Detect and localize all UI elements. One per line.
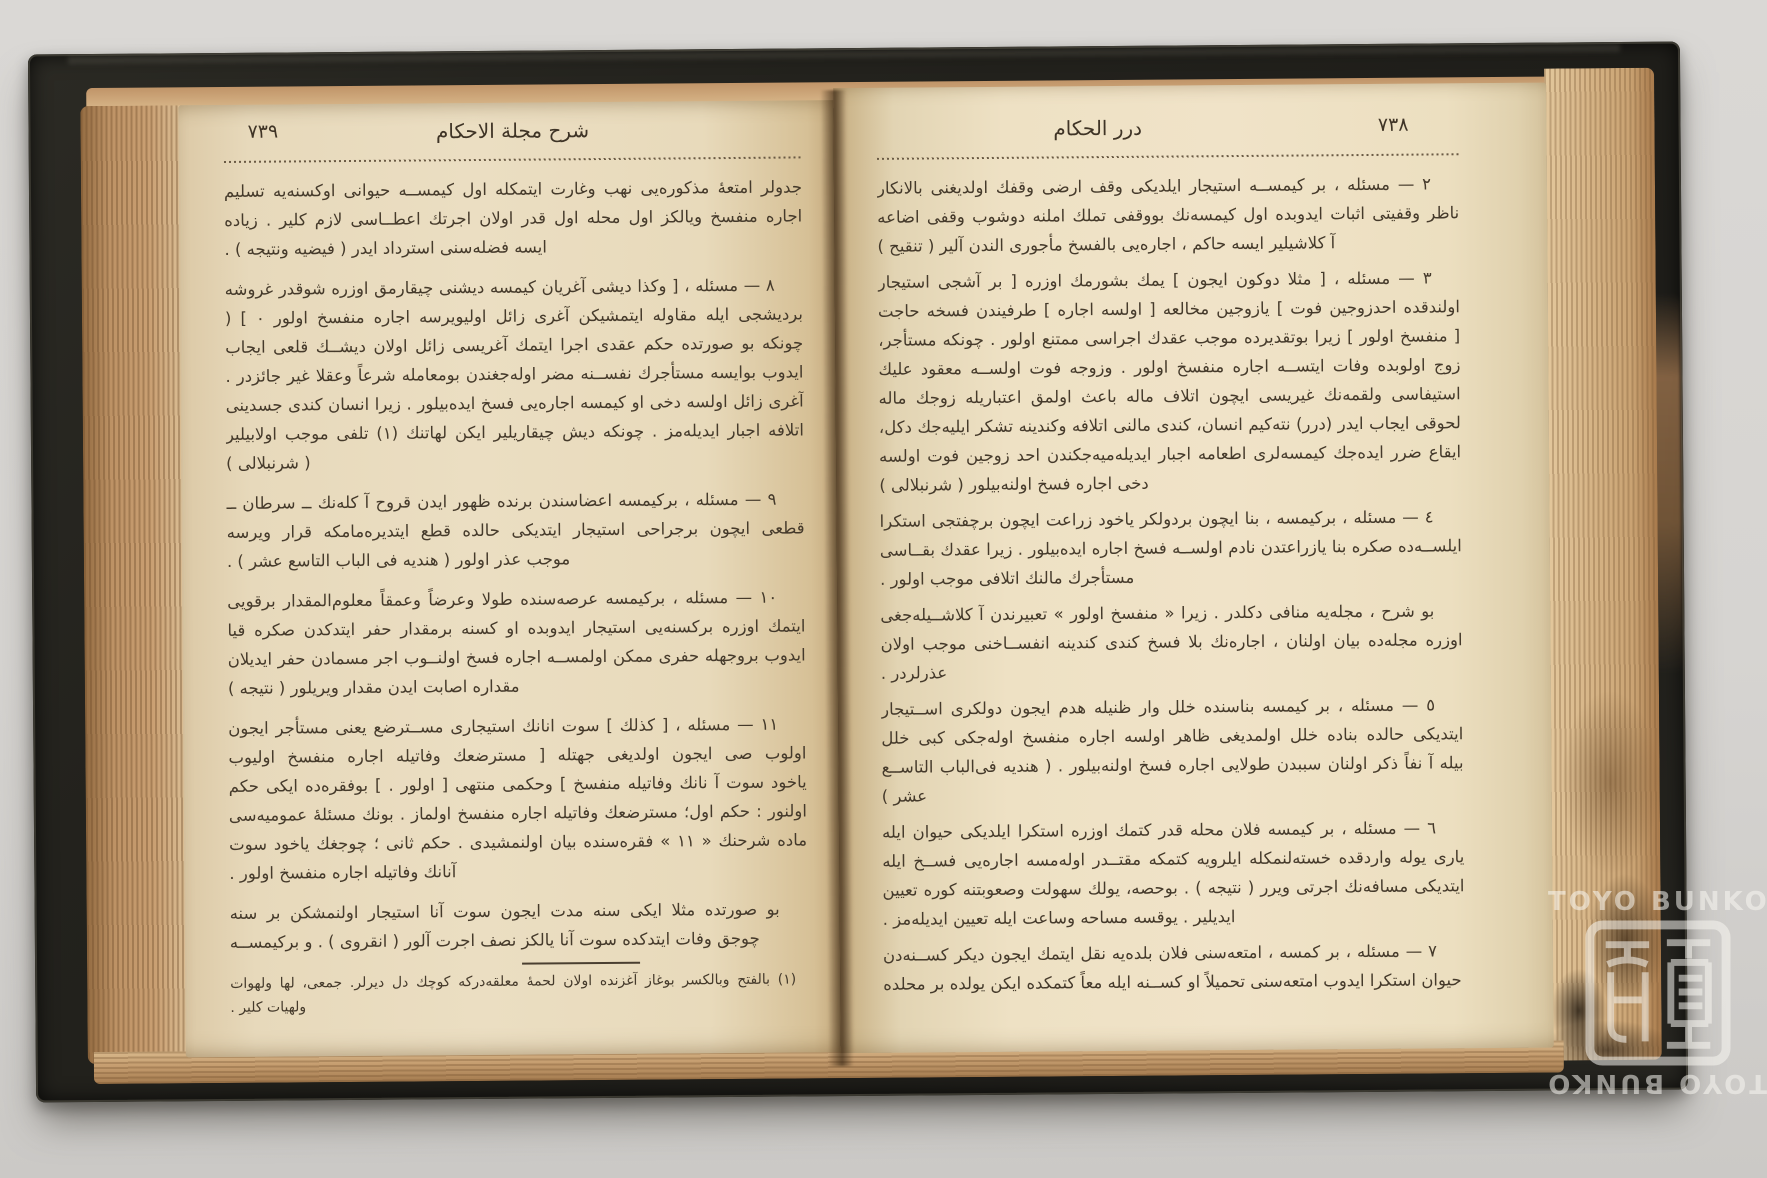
left-page: ٧٣٩ شرح مجلة الاحكام جدولر امتعهٔ مذكوره…: [178, 100, 840, 1057]
text-line: عشر ): [882, 777, 1464, 811]
text-line: چوجق وفات ايتدكده سوت آنا يالكز نصف اجرت…: [230, 923, 808, 957]
text-line: دخى اجاره فسخ اولنه‌بيلور ( شرنبلالى ): [879, 466, 1461, 500]
text-line: ١١ — مسئله ، [ كذلك ] سوت انانك استيجارى…: [228, 709, 806, 743]
footnote-rule: [522, 962, 640, 965]
text-line: ايتمك اوزره بركسنه‌يى استيجار ايدوبده او…: [227, 611, 805, 645]
text-line: ٧ — مسئله ، بر كمسه ، امتعه‌سنى فلان بلد…: [883, 936, 1465, 970]
text-line: اوزره مجله‌ده بيان اولنان ، اجاره‌نك بلا…: [880, 625, 1462, 659]
text-line: مستأجرك مالنك اتلافى موجب اولور .: [880, 560, 1462, 594]
paragraph: ٧ — مسئله ، بر كمسه ، امتعه‌سنى فلان بلد…: [883, 936, 1465, 999]
text-line: اولنور : حكم اول؛ مسترضعك وفاتيله اجاره …: [229, 796, 807, 830]
text-line: ياخود سوت آ نانك وفاتيله منفسخ ] وحكمى م…: [229, 767, 807, 801]
left-page-textblock: ٧٣٩ شرح مجلة الاحكام جدولر امتعهٔ مذكوره…: [223, 116, 808, 1020]
text-line: موجب عذر اولور ( هنديه فى الباب التاسع ع…: [227, 542, 805, 576]
text-line: (١) بالفتح وبالكسر بوغاز آغزنده اولان لح…: [230, 967, 808, 996]
paragraph: ٢ — مسئله ، بر كيمســه استيجار ايلديكى و…: [877, 169, 1460, 261]
left-page-footnote: (١) بالفتح وبالكسر بوغاز آغزنده اولان لح…: [230, 960, 808, 1020]
text-line: قطعى ايچون برجراحى استيجار ايتديكى حالده…: [227, 513, 805, 547]
right-page-title: درر الحكام: [1053, 116, 1142, 141]
text-line: اولندقده احدزوجين فوت ] يازوجين مخالعه […: [878, 292, 1460, 326]
paragraph: بو صورتده مثلا ايكى سنه مدت ايجون سوت آن…: [230, 894, 808, 957]
left-page-number: ٧٣٩: [247, 121, 278, 143]
right-page-textblock: درر الحكام ٧٣٨ ٢ — مسئله ، بر كيمســه اس…: [876, 113, 1465, 999]
text-line: اجاره منفسخ ويالكز اول محله اول قدر اولا…: [224, 201, 802, 235]
right-page-header: درر الحكام ٧٣٨: [876, 113, 1458, 152]
text-line: ايتديكى حالده بناده خلل اولمديغى ظاهر او…: [881, 719, 1463, 753]
text-line: ٣ — مسئله ، [ مثلا دوكون ايجون ] يمك بشو…: [878, 263, 1460, 297]
photo-background: ٧٣٩ شرح مجلة الاحكام جدولر امتعهٔ مذكوره…: [0, 0, 1767, 1178]
left-page-title: شرح مجلة الاحكام: [436, 118, 589, 143]
paragraph: ٦ — مسئله ، بر كيمسه فلان محله قدر كتمك …: [882, 813, 1465, 934]
page-stack-fore-edge: [1544, 68, 1662, 1061]
text-line: ايسه فضله‌سنى استرداد ايدر ( فيضيه ونتيج…: [224, 230, 802, 264]
text-line: بو صورتده مثلا ايكى سنه مدت ايجون سوت آن…: [230, 894, 808, 928]
paragraph: ١١ — مسئله ، [ كذلك ] سوت انانك استيجارى…: [228, 709, 807, 888]
text-line: برديشجى ايله مقاوله ايتمشيكن آغرى زائل ا…: [225, 299, 803, 333]
text-line: مقداره اصابت ايدن مقدار ويريلور ( نتيجه …: [228, 669, 806, 703]
text-line: ايدوب بروجهله حفرى ممكن اولمســه اجاره ف…: [228, 640, 806, 674]
right-page-body: ٢ — مسئله ، بر كيمســه استيجار ايلديكى و…: [877, 169, 1465, 999]
text-line: ناظر وقفيتى اثبات ايدوبده اول كيمسه‌نك ب…: [877, 198, 1459, 232]
text-line: عذرلردر .: [881, 654, 1463, 688]
text-line: آ كلاشيلير ايسه حاكم ، اجاره‌يى بالفسخ م…: [877, 227, 1459, 261]
text-line: ٢ — مسئله ، بر كيمســه استيجار ايلديكى و…: [877, 169, 1459, 203]
right-page: درر الحكام ٧٣٨ ٢ — مسئله ، بر كيمســه اس…: [833, 83, 1554, 1054]
text-line: چونكه بو صورتده حكم عقدى اجرا ايتمك آغري…: [225, 328, 803, 362]
left-page-header: ٧٣٩ شرح مجلة الاحكام: [223, 116, 801, 155]
header-dotted-rule: [877, 152, 1459, 160]
paragraph: جدولر امتعهٔ مذكوره‌يى نهب وغارت ايتمكله…: [224, 172, 803, 264]
text-line: بيله آ نفاً ذكر اولنان سببدن طولايى اجار…: [881, 748, 1463, 782]
paragraph: ٥ — مسئله ، بر كيمسه بناسنده خلل وار ظني…: [881, 690, 1464, 811]
text-line: ٩ — مسئله ، بركيمسه اعضاسندن برنده ظهور …: [226, 484, 804, 518]
text-line: آغرى زائل اولسه دخى او كيمسه اجاره‌يى فس…: [226, 386, 804, 420]
text-line: ٦ — مسئله ، بر كيمسه فلان محله قدر كتمك …: [882, 813, 1464, 847]
text-line: اتلافه اجبار ايديله‌مز . چونكه ديش چيقار…: [226, 415, 804, 449]
text-line: آنانك وفاتيله اجاره منفسخ اولور .: [229, 854, 807, 888]
text-line: ٥ — مسئله ، بر كيمسه بناسنده خلل وار ظني…: [881, 690, 1463, 724]
paragraph: ٩ — مسئله ، بركيمسه اعضاسندن برنده ظهور …: [226, 484, 805, 576]
paragraph: ٤ — مسئله ، بركيمسه ، بنا ايچون بردولكر …: [879, 502, 1462, 594]
text-line: ايلســه‌ده صكره بنا يازراعتدن نادم اولسـ…: [880, 531, 1462, 565]
text-line: ولهيات كلير .: [230, 991, 808, 1020]
paragraph: ٣ — مسئله ، [ مثلا دوكون ايجون ] يمك بشو…: [878, 263, 1462, 500]
paragraph: بو شرح ، مجله‌يه منافى دكلدر . زيرا « من…: [880, 596, 1463, 688]
text-line: ايقاع ضرر ايده‌جك كيمسه‌لرى اطعامه اجبار…: [879, 437, 1461, 471]
text-line: ايتديكى مسافه‌نك اجرتى ويرر ( نتيجه ) . …: [882, 871, 1464, 905]
text-line: ماده شرحنك « ١١ » فقره‌سنده بيان اولنمشي…: [229, 825, 807, 859]
text-line: [ منفسخ اولور ] زيرا بوتقديرده موجب عقدك…: [878, 321, 1460, 355]
book: ٧٣٩ شرح مجلة الاحكام جدولر امتعهٔ مذكوره…: [28, 42, 1688, 1103]
text-line: يارى يوله واردقده خسته‌لنمكله ايلرويه كت…: [882, 842, 1464, 876]
text-line: لحوقى ايجاب ايدر (درر) نته‌كيم انسان، كن…: [879, 408, 1461, 442]
text-line: اولوب صى ايجون اولديغى جهتله [ مسترضعك و…: [228, 738, 806, 772]
text-line: ( شرنبلالى ): [226, 444, 804, 478]
text-line: ١٠ — مسئله ، بركيمسه عرصه‌سنده طولا وعرض…: [227, 582, 805, 616]
text-line: بو شرح ، مجله‌يه منافى دكلدر . زيرا « من…: [880, 596, 1462, 630]
header-dotted-rule: [224, 155, 802, 163]
text-line: استيفاسى ولقمه‌نك غيريسى ايچون اتلاف مال…: [879, 379, 1461, 413]
text-line: ايديلير . يوقسه مساحه وساعت ايله تعيين ا…: [883, 900, 1465, 934]
text-line: ايدوب بوايسه مستأجرك نفســنه مضر اوله‌جغ…: [225, 357, 803, 391]
text-line: جدولر امتعهٔ مذكوره‌يى نهب وغارت ايتمكله…: [224, 172, 802, 206]
footnote-lines: (١) بالفتح وبالكسر بوغاز آغزنده اولان لح…: [230, 967, 808, 1020]
right-page-number: ٧٣٨: [1378, 114, 1409, 136]
paragraph: ١٠ — مسئله ، بركيمسه عرصه‌سنده طولا وعرض…: [227, 582, 806, 703]
text-line: زوج اولوبده وفات ايتســه اجاره منفسخ اول…: [878, 350, 1460, 384]
paragraph: ٨ — مسئله ، [ وكذا ديشى آغريان كيمسه ديش…: [225, 270, 805, 478]
left-page-body: جدولر امتعهٔ مذكوره‌يى نهب وغارت ايتمكله…: [224, 172, 808, 957]
text-line: ٤ — مسئله ، بركيمسه ، بنا ايچون بردولكر …: [879, 502, 1461, 536]
text-line: حيوان استكرا ايدوب امتعه‌سنى تحميلاً او …: [883, 965, 1465, 999]
text-line: ٨ — مسئله ، [ وكذا ديشى آغريان كيمسه ديش…: [225, 270, 803, 304]
